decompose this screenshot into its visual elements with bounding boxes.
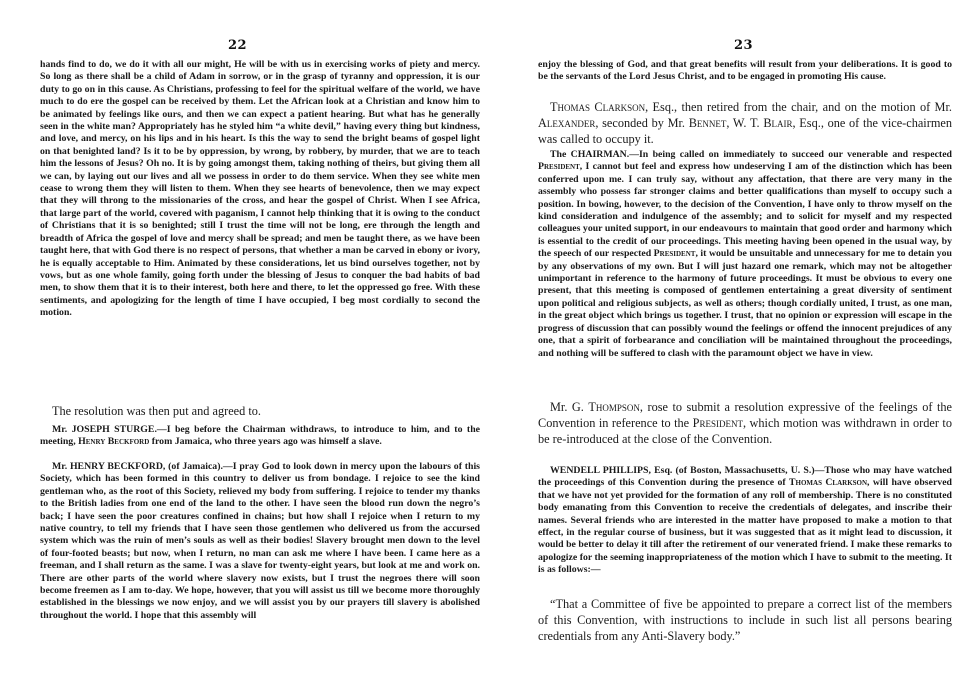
phillips-paragraph: WENDELL PHILLIPS, Esq. (of Boston, Massa… xyxy=(538,465,952,577)
speaker-name: Mr. HENRY BECKFORD, xyxy=(52,461,165,472)
motion-quote: “That a Committee of five be appointed t… xyxy=(538,596,952,645)
page-number-right: 23 xyxy=(734,38,753,53)
resolution-agreed-line: The resolution was then put and agreed t… xyxy=(40,403,480,419)
chairman-paragraph: The CHAIRMAN.—In being called on immedia… xyxy=(538,149,952,360)
speaker-name: WENDELL PHILLIPS, xyxy=(550,465,651,476)
person-name: Henry Beckford xyxy=(78,436,149,447)
beckford-paragraph: Mr. HENRY BECKFORD, (of Jamaica).—I pray… xyxy=(40,461,480,622)
continued-speech-paragraph: hands find to do, we do it with all our … xyxy=(40,59,480,320)
continued-speech-paragraph: enjoy the blessing of God, and that grea… xyxy=(538,59,952,84)
page-number-left: 22 xyxy=(228,38,247,53)
speaker-name: The CHAIRMAN. xyxy=(550,149,629,160)
thompson-paragraph: Mr. G. Thompson, rose to submit a resolu… xyxy=(538,399,952,448)
speaker-name: Mr. JOSEPH STURGE. xyxy=(52,424,157,435)
clarkson-retires-paragraph: Thomas Clarkson, Esq., then retired from… xyxy=(538,99,952,148)
sturge-paragraph: Mr. JOSEPH STURGE.—I beg before the Chai… xyxy=(40,424,480,449)
